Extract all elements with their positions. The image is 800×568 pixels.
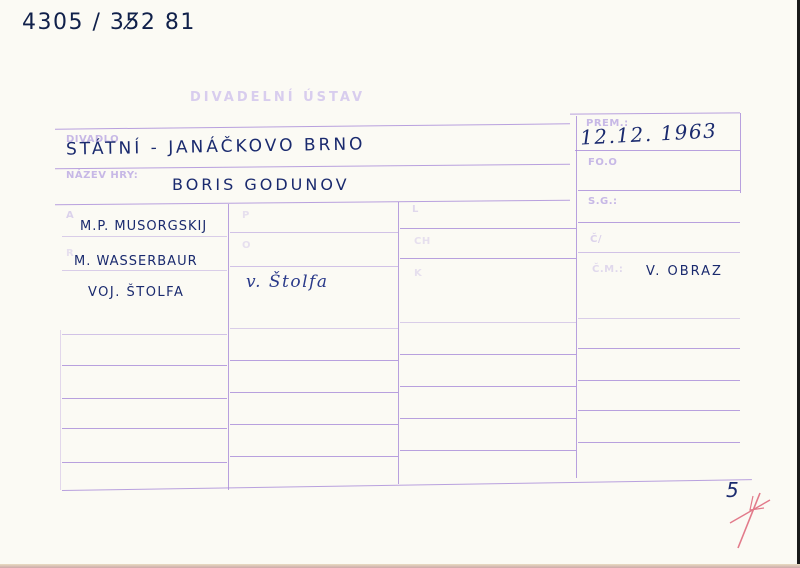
divadlo-underline — [55, 164, 570, 169]
fo-underline — [578, 190, 740, 191]
row-line — [578, 318, 740, 319]
c-label: Č/ — [590, 234, 602, 245]
row-line — [400, 418, 576, 419]
institute-stamp: DIVADELNÍ ÚSTAV — [190, 90, 365, 105]
column-label-l: L — [412, 204, 419, 215]
row-line — [230, 424, 398, 425]
form-bottom-line — [62, 479, 752, 491]
row-line — [578, 252, 740, 253]
column-label-a: A — [66, 210, 74, 221]
credit-composer: M.P. MUSORGSKIJ — [80, 219, 207, 234]
column-label-k: K — [414, 268, 422, 279]
red-cross-mark-icon — [720, 488, 780, 558]
form-top-line-right — [570, 112, 740, 114]
nazev-hry-label: NÁZEV HRY: — [66, 170, 138, 181]
row-line — [578, 222, 740, 223]
row-line — [62, 462, 227, 463]
scan-edge-bottom — [0, 564, 800, 568]
column-divider-2 — [398, 202, 399, 484]
credit-conductor: VOJ. ŠTOLFA — [88, 285, 184, 300]
form-left-border — [60, 330, 61, 490]
column-divider-1 — [228, 204, 229, 490]
nazev-hry-value: BORIS GODUNOV — [172, 175, 350, 194]
cm-value: V. OBRAZ — [646, 264, 723, 279]
prem-underline — [575, 150, 740, 151]
cm-label: Č.M.: — [592, 264, 623, 275]
row-line — [62, 398, 227, 399]
row-line — [62, 334, 227, 335]
column-label-r: R — [66, 248, 74, 259]
row-line — [62, 236, 227, 237]
row-line — [62, 270, 227, 271]
column2-entry: v. Štolfa — [246, 272, 328, 292]
form-top-line — [55, 123, 570, 129]
form-right-border — [740, 113, 741, 193]
row-line — [62, 365, 227, 366]
row-line — [400, 228, 576, 229]
row-line — [400, 322, 576, 323]
row-line — [400, 450, 576, 451]
nazev-underline — [55, 200, 570, 205]
row-line — [230, 328, 398, 329]
column-label-o: O — [242, 240, 251, 251]
row-line — [230, 360, 398, 361]
row-line — [230, 266, 398, 267]
row-line — [578, 380, 740, 381]
row-line — [400, 258, 576, 259]
row-line — [230, 456, 398, 457]
column-divider-3 — [576, 116, 577, 478]
sg-label: S.G.: — [588, 196, 618, 207]
row-line — [62, 428, 227, 429]
row-line — [230, 392, 398, 393]
row-line — [578, 410, 740, 411]
column-label-p: P — [242, 210, 250, 221]
credit-director: M. WASSERBAUR — [74, 254, 198, 269]
row-line — [230, 232, 398, 233]
row-line — [400, 354, 576, 355]
column-label-ch: CH — [414, 236, 431, 247]
row-line — [400, 386, 576, 387]
row-line — [578, 348, 740, 349]
row-line — [578, 442, 740, 443]
catalog-number: 4305 / 35̸2 81 — [22, 10, 196, 35]
divadlo-value: STÁTNÍ - JANÁČKOVO BRNO — [66, 134, 366, 159]
fo-label: FO.O — [588, 157, 617, 168]
